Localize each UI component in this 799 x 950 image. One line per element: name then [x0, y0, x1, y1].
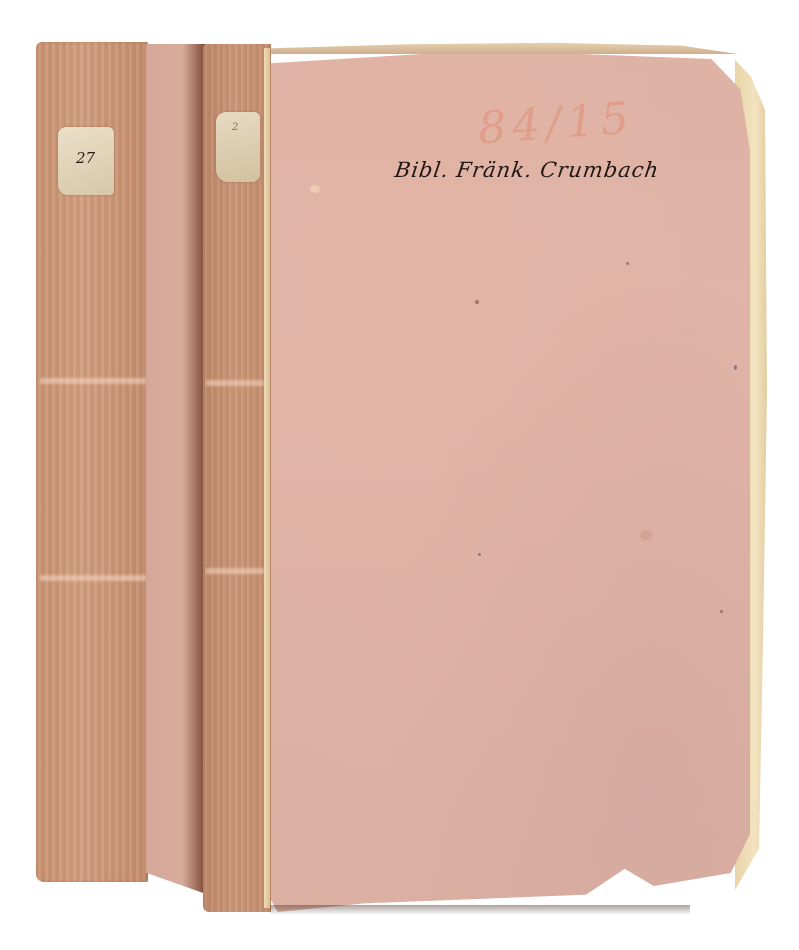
- back-volume-cover-edge: [146, 44, 206, 894]
- stain: [640, 530, 652, 540]
- worn-spot: [310, 185, 320, 193]
- spine-band: [206, 568, 264, 574]
- foxing-spot: [626, 262, 629, 265]
- ownership-inscription: Bibl. Fränk. Crumbach: [393, 158, 661, 182]
- book-photograph: 27 2 84/15 Bibl. Fränk. Crumbach: [0, 0, 799, 950]
- foxing-spot: [734, 365, 737, 370]
- front-volume-spine-edge: [264, 48, 270, 908]
- spine-band: [40, 378, 146, 384]
- front-volume-spine-label: 2: [216, 112, 260, 182]
- front-volume-top-edge: [268, 40, 738, 54]
- bottom-shadow: [270, 905, 690, 915]
- foxing-spot: [475, 300, 479, 304]
- front-volume-number: 2: [232, 122, 238, 133]
- pencil-shelf-mark: 84/15: [476, 93, 636, 155]
- spine-band: [40, 575, 146, 581]
- back-volume-spine-label: 27: [58, 127, 114, 195]
- spine-band: [206, 380, 264, 386]
- foxing-spot: [478, 553, 481, 556]
- foxing-spot: [720, 610, 723, 613]
- back-volume-number: 27: [76, 149, 95, 167]
